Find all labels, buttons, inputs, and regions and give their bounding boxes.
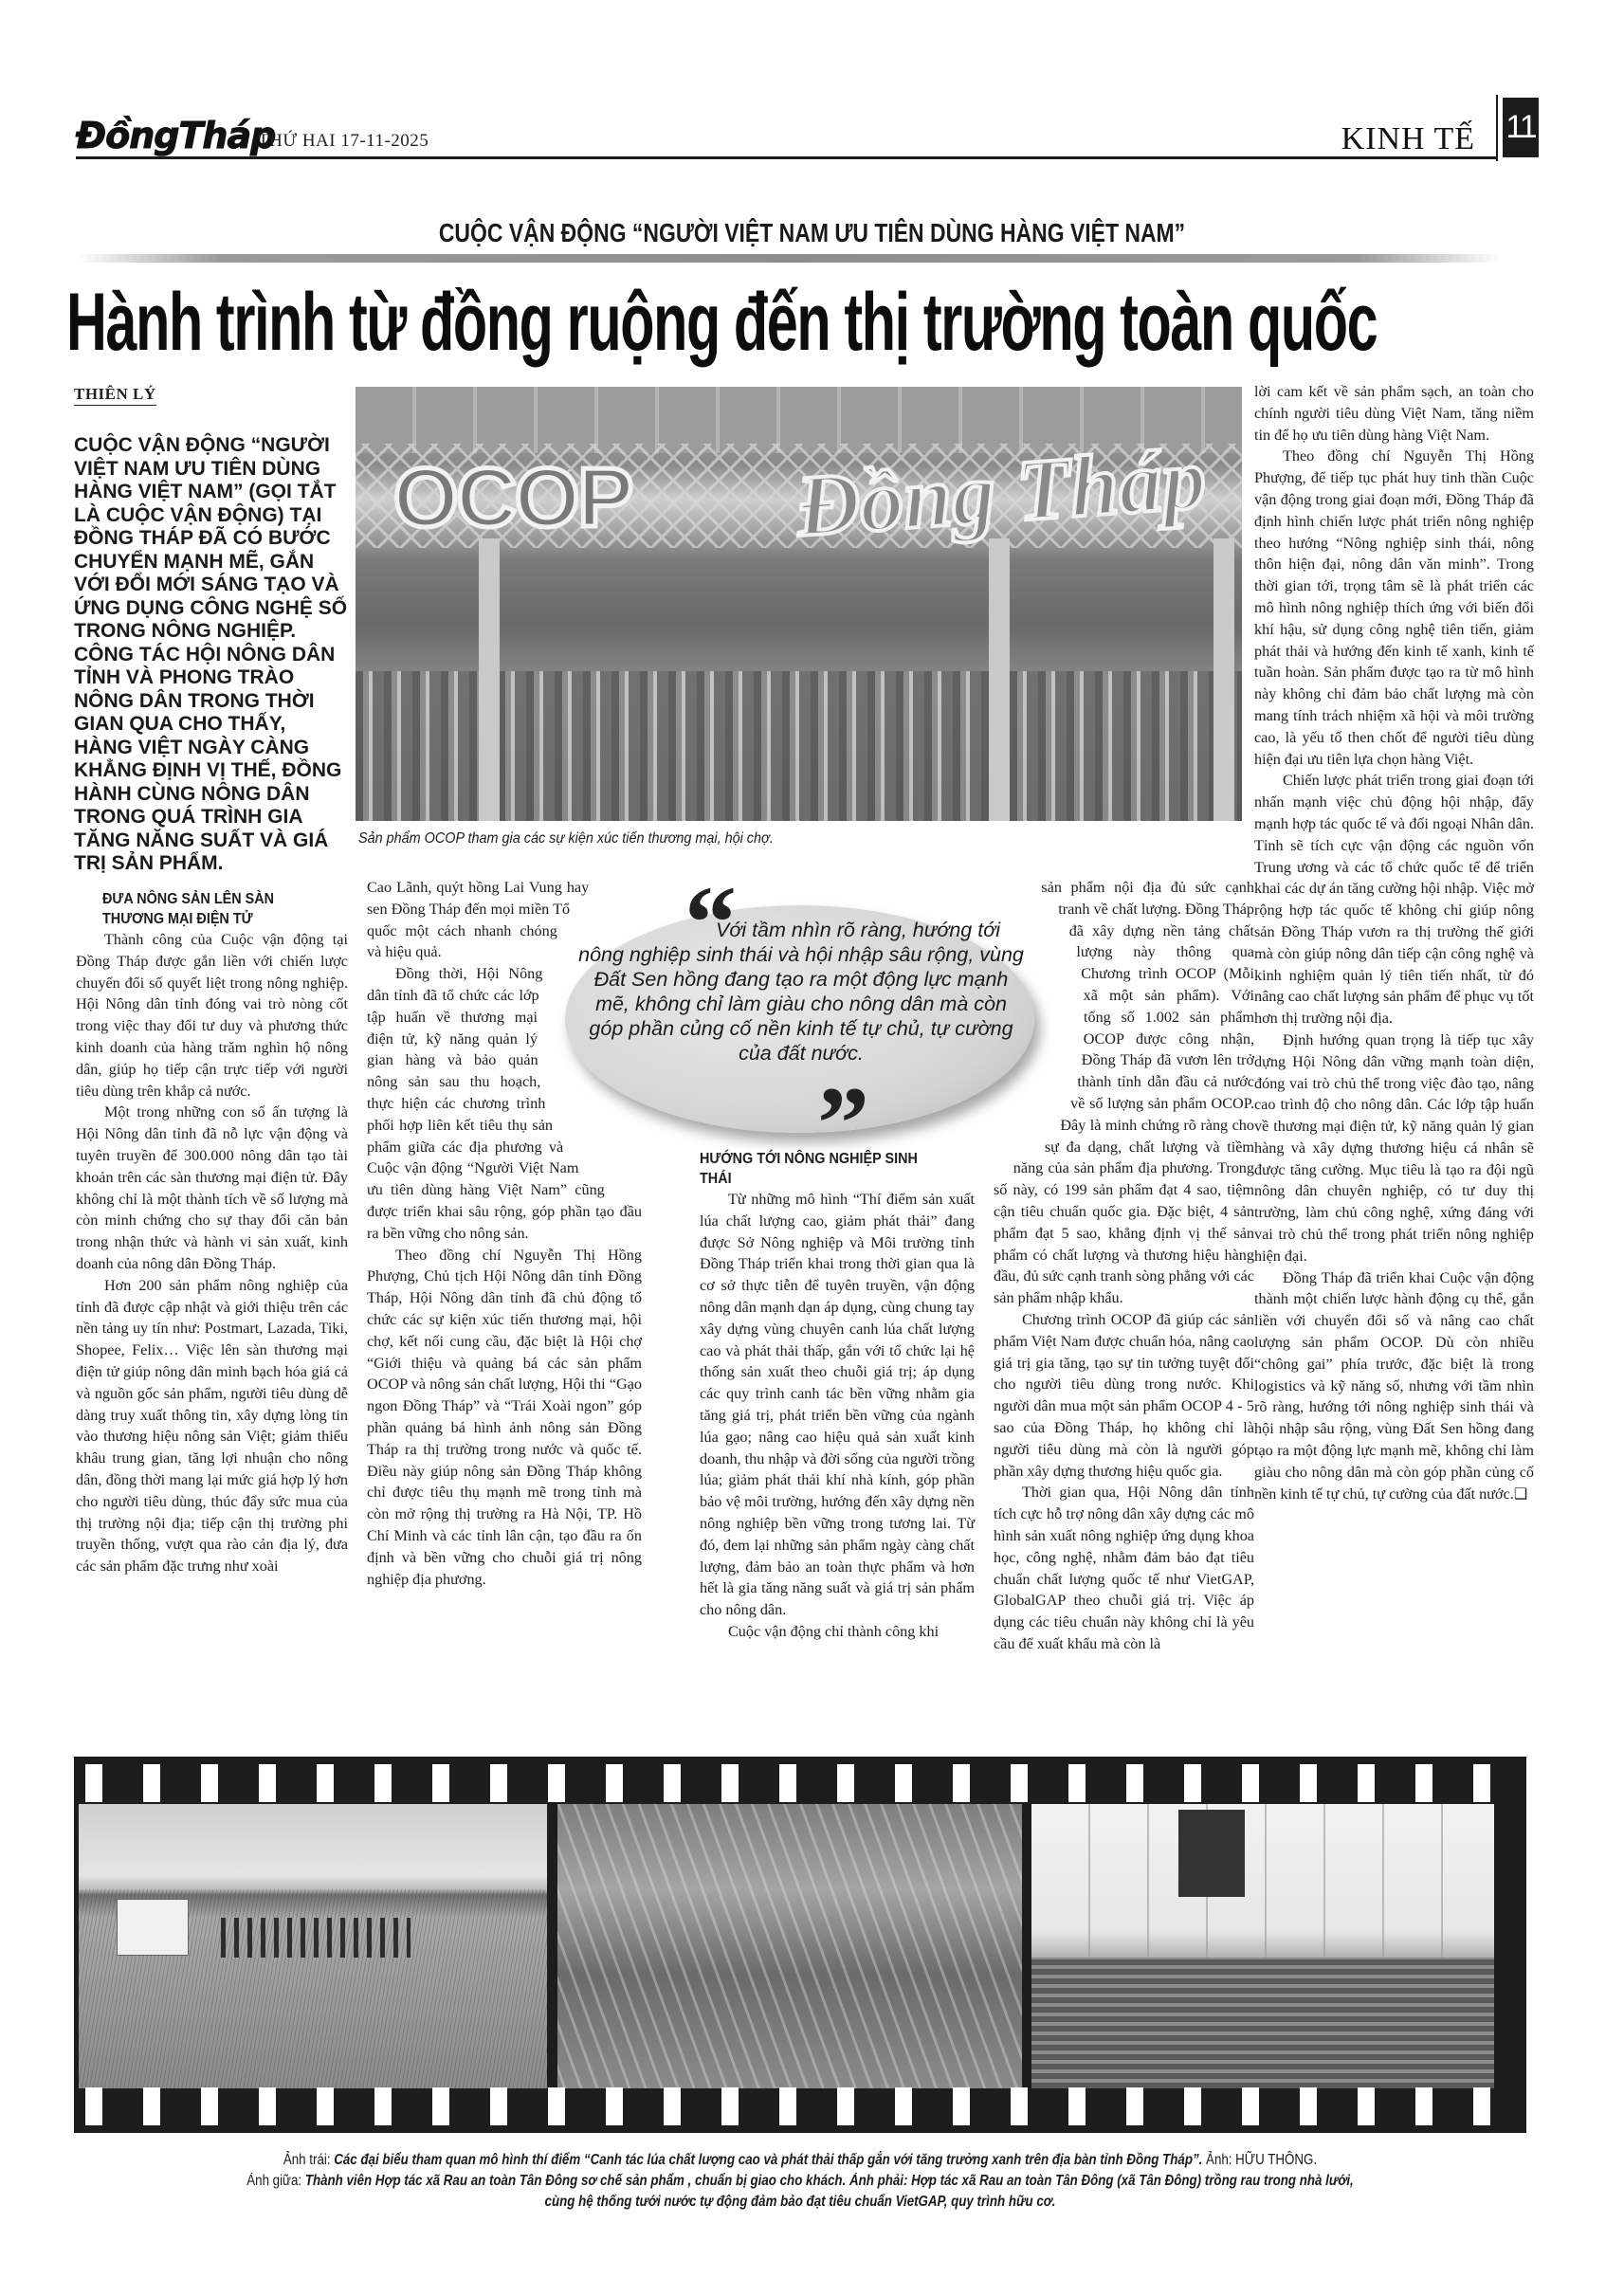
photo-rice-field-visit [79,1804,547,2088]
pull-quote-body: Với tầm nhìn rõ ràng, hướng tới nông ngh… [578,919,1024,1065]
body-paragraph-text: Đồng Tháp đã triển khai Cuộc vận động th… [1254,1269,1534,1503]
main-photo-ocop-fair: OCOP Đồng Tháp [356,387,1242,821]
caption-label-middle: Ảnh giữa: [246,2173,301,2189]
article-headline: Hành trình từ đồng ruộng đến thị trường … [66,275,1086,370]
section-name: KINH TẾ [1341,121,1475,157]
body-paragraph: lời cam kết về sản phẩm sạch, an toàn ch… [1254,381,1534,446]
caption-credit: Ảnh: HỮU THÔNG. [1206,2152,1317,2168]
page-number: 11 [1503,98,1539,157]
photo-vegetable-processing [557,1804,1022,2088]
body-column-1: ĐƯA NÔNG SẢN LÊN SÀN THƯƠNG MẠI ĐIỆN TỬ … [76,889,348,1577]
body-paragraph: Định hướng quan trọng là tiếp tục xây dự… [1254,1030,1534,1267]
caption-text-right: Hợp tác xã Rau an toàn Tân Đông (xã Tân … [911,2173,1354,2189]
body-paragraph: Hơn 200 sản phẩm nông nghiệp của tỉnh đã… [76,1275,348,1577]
body-paragraph: Chương trình OCOP đã giúp các sản phẩm V… [994,1309,1254,1482]
photo-net-house-vegetables [1031,1804,1494,2088]
pull-quote-text: Với tầm nhìn rõ ràng, hướng tới nông ngh… [578,910,1024,1066]
body-paragraph: Đồng Tháp đã triển khai Cuộc vận động th… [1254,1267,1534,1505]
caption-line-3: cùng hệ thống tưới nước tự động đảm bảo … [175,2192,1425,2213]
caption-line-1: Ảnh trái: Các đại biểu tham quan mô hình… [175,2150,1425,2171]
photo-filmstrip [74,1757,1526,2133]
body-paragraph: Một trong những con số ấn tượng là Hội N… [76,1102,348,1274]
filmstrip-caption: Ảnh trái: Các đại biểu tham quan mô hình… [74,2150,1526,2213]
article-lead: CUỘC VẬN ĐỘNG “NGƯỜI VIỆT NAM ƯU TIÊN DÙ… [74,434,349,876]
caption-label-right: Ảnh phải: [849,2173,907,2189]
newspaper-logo: ĐồngTháp [76,116,275,155]
body-paragraph: Thành công của Cuộc vận động tại Đồng Th… [76,929,348,1102]
body-column-5: lời cam kết về sản phẩm sạch, an toàn ch… [1254,381,1534,1504]
section-subhead-eco-agriculture: HƯỚNG TỚI NÔNG NGHIỆP SINH THÁI [700,1149,947,1189]
header-divider [1496,95,1498,161]
photo-pillar [989,538,1010,821]
caption-text-middle: Thành viên Hợp tác xã Rau an toàn Tân Đô… [305,2173,846,2189]
caption-label-left: Ảnh trái: [283,2152,331,2168]
body-paragraph: Theo đồng chí Nguyễn Thị Hồng Phượng, Ch… [367,1245,642,1591]
main-photo-caption: Sản phẩm OCOP tham gia các sự kiện xúc t… [358,830,774,847]
body-paragraph: Cuộc vận động chỉ thành công khi [700,1621,975,1643]
photo-field-signboard [117,1899,189,1956]
film-sprocket-holes-top [74,1764,1526,1802]
article-kicker: CUỘC VẬN ĐỘNG “NGƯỜI VIỆT NAM ƯU TIÊN DÙ… [146,218,1478,248]
kicker-divider [78,254,1500,263]
body-paragraph: Theo đồng chí Nguyễn Thị Hồng Phượng, để… [1254,446,1534,770]
issue-date: THỨ HAI 17-11-2025 [258,131,429,152]
masthead: ĐồngTháp THỨ HAI 17-11-2025 KINH TẾ [76,112,1498,159]
body-paragraph: Chiến lược phát triển trong giai đoạn tớ… [1254,770,1534,1030]
film-sprocket-holes-bottom [74,2087,1526,2125]
caption-line-2: Ảnh giữa: Thành viên Hợp tác xã Rau an t… [175,2171,1425,2192]
body-paragraph: Từ những mô hình “Thí điểm sản xuất lúa … [700,1189,975,1621]
photo-pillar [479,538,500,821]
end-mark-icon: ❑ [1514,1485,1528,1503]
section-subhead-ecommerce: ĐƯA NÔNG SẢN LÊN SÀN THƯƠNG MẠI ĐIỆN TỬ [102,889,323,929]
caption-text-left: Các đại biểu tham quan mô hình thí điểm … [334,2152,1202,2168]
body-paragraph: Thời gian qua, Hội Nông dân tỉnh tích cự… [994,1482,1254,1654]
body-column-4: sản phẩm nội địa đủ sức cạnh tranh về ch… [994,877,1254,1655]
photo-cooperative-sign [1178,1810,1245,1897]
author-byline: THIÊN LÝ [74,385,156,406]
photo-sign-ocop: OCOP [393,449,631,546]
body-column-3: HƯỚNG TỚI NÔNG NGHIỆP SINH THÁI Từ những… [700,1149,975,1643]
photo-pillar [1213,538,1234,821]
photo-vegetable-beds [1031,1958,1494,2088]
photo-delegates [221,1918,411,1958]
